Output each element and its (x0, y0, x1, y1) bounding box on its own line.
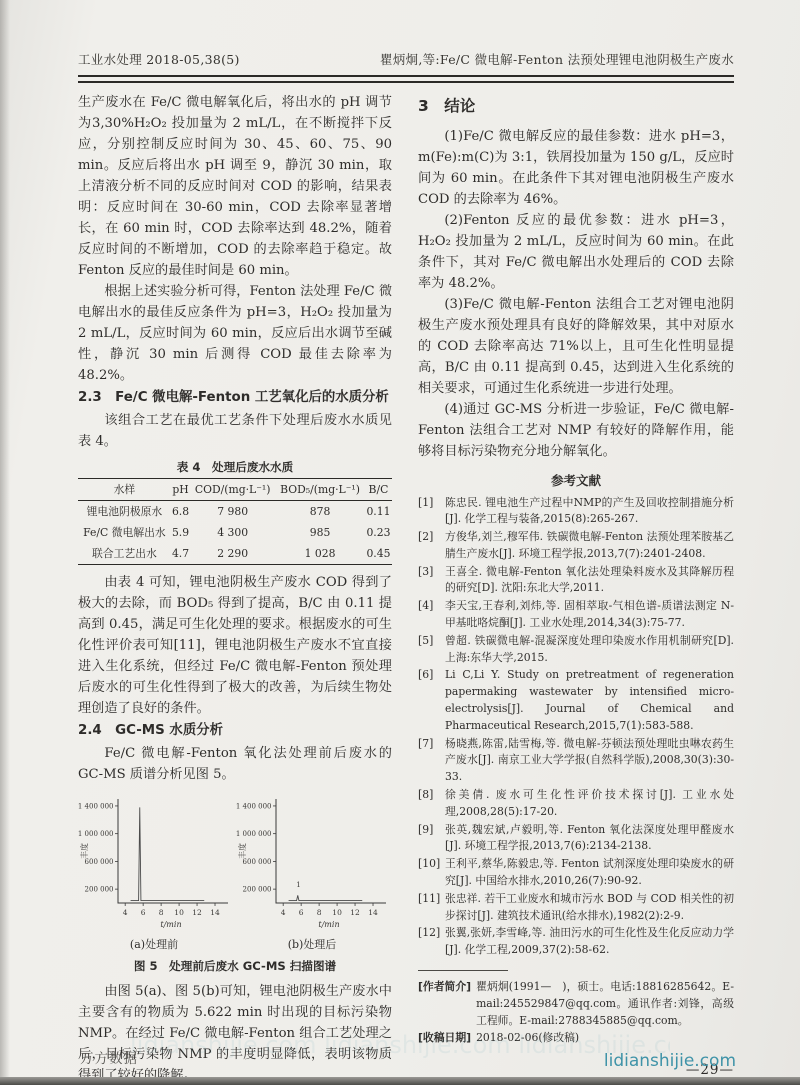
table4-header-cell: COD/(mg·L⁻¹) (190, 478, 275, 500)
svg-text:14: 14 (210, 908, 220, 917)
table-cell: 0.23 (365, 522, 392, 543)
svg-text:t/min: t/min (160, 920, 181, 929)
scan-bottom-edge (0, 1077, 800, 1085)
paragraph: 根据上述实验分析可得，Fenton 法处理 Fe/C 微电解出水的最佳反应条件为… (78, 281, 392, 386)
svg-text:1 400 000: 1 400 000 (236, 802, 272, 810)
table-cell: 1 028 (275, 543, 365, 565)
paragraph: 生产废水在 Fe/C 微电解氧化后，将出水的 pH 调节为3,30%H₂O₂ 投… (78, 92, 392, 281)
reference-item: [9]张英,魏宏斌,卢毅明,等. Fenton 氧化法深度处理甲醛废水[J]. … (418, 822, 734, 856)
svg-text:14: 14 (368, 908, 378, 917)
svg-text:1: 1 (296, 881, 300, 889)
table-cell: 4 300 (190, 522, 275, 543)
running-title: 瞿炳炯,等:Fe/C 微电解-Fenton 法预处理锂电池阴极生产废水 (380, 50, 734, 68)
table-row: 联合工艺出水4.72 2901 0280.45 (78, 543, 392, 565)
paragraph: Fe/C 微电解-Fenton 氧化法处理前后废水的 GC-MS 质谱分析见图 … (78, 743, 392, 785)
svg-text:1 400 000: 1 400 000 (78, 802, 114, 810)
svg-text:8: 8 (317, 908, 322, 917)
table-row: 锂电池阴极原水6.87 9808780.11 (78, 500, 392, 522)
table4-header-cell: 水样 (78, 478, 171, 500)
table-cell: 0.45 (365, 543, 392, 565)
paragraph: 由图 5(a)、图 5(b)可知，锂电池阴极生产废水中主要含有的物质为 5.62… (78, 981, 392, 1085)
svg-text:丰度: 丰度 (79, 843, 89, 859)
received-date-label: [收稿日期] (418, 1029, 471, 1046)
section-heading-2-3: 2.3 Fe/C 微电解-Fenton 工艺氧化后的水质分析 (78, 387, 392, 409)
svg-text:4: 4 (123, 908, 128, 917)
reference-item: [12]张翼,张妍,李雪峰,等. 油田污水的可生化性及生化反应动力学[J]. 化… (418, 925, 734, 959)
header-double-rule (78, 75, 734, 83)
svg-text:1 000 000: 1 000 000 (236, 830, 272, 838)
reference-item: [11]张忠祥. 若干工业废水和城市污水 BOD 与 COD 相关性的初步探讨[… (418, 891, 734, 925)
table-cell: Fe/C 微电解出水 (78, 522, 171, 543)
received-date-text: 2018-02-06(修改稿) (476, 1029, 734, 1046)
author-bio-label: [作者简介] (418, 978, 471, 995)
conclusion-4: (4)通过 GC-MS 分析进一步验证，Fe/C 微电解-Fenton 法组合工… (418, 399, 734, 462)
svg-text:200 000: 200 000 (243, 885, 272, 893)
scan-left-edge (0, 0, 10, 1085)
paragraph: 该组合工艺在最优工艺条件下处理后废水水质见表 4。 (78, 410, 392, 452)
reference-item: [4]李天宝,王春利,刘炜,等. 固相萃取-气相色谱-质谱法测定 N-甲基吡咯烷… (418, 598, 734, 632)
scanned-paper-page: 工业水处理 2018-05,38(5) 瞿炳炯,等:Fe/C 微电解-Fento… (0, 0, 800, 1085)
references-list: [1]陈忠民. 锂电池生产过程中NMP的产生及回收控制措施分析[J]. 化学工程… (418, 495, 734, 960)
reference-item: [8]徐美倩. 废水可生化性评价技术探讨[J]. 工业水处理,2008,28(5… (418, 787, 734, 821)
site-url: lidianshijie.com (604, 1051, 736, 1071)
svg-text:1 000 000: 1 000 000 (78, 830, 114, 838)
svg-text:12: 12 (350, 908, 360, 917)
chart-before-treatment: 200 000600 0001 000 0001 400 00046810121… (78, 791, 230, 952)
svg-text:6: 6 (299, 908, 304, 917)
gcms-chart-after: 200 000600 0001 000 0001 400 00046810121… (236, 791, 388, 931)
table-cell: 0.11 (365, 500, 392, 522)
svg-text:8: 8 (159, 908, 164, 917)
chart-after-treatment: 200 000600 0001 000 0001 400 00046810121… (236, 791, 388, 952)
gcms-chart-before: 200 000600 0001 000 0001 400 00046810121… (78, 791, 230, 931)
footnote-block: [作者简介] 瞿炳炯(1991— )，硕士。电话:18816285642。E-m… (418, 970, 734, 1046)
section-heading-2-4: 2.4 GC-MS 水质分析 (78, 720, 392, 742)
reference-item: [5]曾超. 铁碳微电解-混凝深度处理印染废水作用机制研究[D]. 上海:东华大… (418, 633, 734, 667)
reference-item: [2]方俊华,刘兰,穆军伟. 铁碳微电解-Fenton 法预处理苯胺基乙腈生产废… (418, 529, 734, 563)
table-cell: 锂电池阴极原水 (78, 500, 171, 522)
table-cell: 7 980 (190, 500, 275, 522)
running-header: 工业水处理 2018-05,38(5) 瞿炳炯,等:Fe/C 微电解-Fento… (78, 50, 734, 68)
table-cell: 985 (275, 522, 365, 543)
reference-item: [1]陈忠民. 锂电池生产过程中NMP的产生及回收控制措施分析[J]. 化学工程… (418, 495, 734, 529)
table-cell: 联合工艺出水 (78, 543, 171, 565)
right-column: 3 结论 (1)Fe/C 微电解反应的最佳参数：进水 pH=3，m(Fe):m(… (418, 92, 734, 1085)
author-bio-row: [作者简介] 瞿炳炯(1991— )，硕士。电话:18816285642。E-m… (418, 978, 734, 1029)
chart-caption-a: (a)处理前 (78, 936, 230, 952)
table4-header-cell: pH (171, 478, 190, 500)
paragraph: 由表 4 可知，锂电池阴极生产废水 COD 得到了极大的去除，而 BOD₅ 得到… (78, 572, 392, 719)
svg-text:200 000: 200 000 (85, 885, 114, 893)
table-cell: 5.9 (171, 522, 190, 543)
chart-caption-b: (b)处理后 (236, 936, 388, 952)
received-date-row: [收稿日期] 2018-02-06(修改稿) (418, 1029, 734, 1046)
section-heading-3: 3 结论 (418, 94, 734, 118)
left-column: 生产废水在 Fe/C 微电解氧化后，将出水的 pH 调节为3,30%H₂O₂ 投… (78, 92, 392, 1085)
conclusion-2: (2)Fenton 反应的最优参数：进水 pH=3，H₂O₂ 投加量为 2 mL… (418, 210, 734, 294)
table-cell: 2 290 (190, 543, 275, 565)
table4-header-cell: B/C (365, 478, 392, 500)
conclusion-3: (3)Fe/C 微电解-Fenton 法组合工艺对锂电池阴极生产废水预处理具有良… (418, 294, 734, 399)
svg-text:4: 4 (281, 908, 286, 917)
figure5-caption: 图 5 处理前后废水 GC-MS 扫描图谱 (78, 958, 392, 974)
table-cell: 4.7 (171, 543, 190, 565)
svg-text:丰度: 丰度 (237, 843, 247, 859)
svg-text:10: 10 (174, 908, 184, 917)
reference-item: [7]杨晓燕,陈雷,陆雪梅,等. 微电解-芬顿法预处理吡虫啉农药生产废水[J].… (418, 736, 734, 786)
two-column-body: 生产废水在 Fe/C 微电解氧化后，将出水的 pH 调节为3,30%H₂O₂ 投… (78, 92, 734, 1085)
conclusion-1: (1)Fe/C 微电解反应的最佳参数：进水 pH=3，m(Fe):m(C)为 3… (418, 126, 734, 210)
reference-item: [10]王利平,蔡华,陈毅忠,等. Fenton 试剂深度处理印染废水的研究[J… (418, 856, 734, 890)
svg-text:10: 10 (332, 908, 342, 917)
svg-text:12: 12 (192, 908, 202, 917)
reference-item: [6]Li C,Li Y. Study on pretreatment of r… (418, 667, 734, 734)
references-title: 参考文献 (418, 471, 734, 489)
table4-body: 锂电池阴极原水6.87 9808780.11Fe/C 微电解出水5.94 300… (78, 500, 392, 564)
footnote-separator (418, 970, 508, 971)
svg-text:t/min: t/min (318, 920, 339, 929)
table4-head-row: 水样pHCOD/(mg·L⁻¹)BOD₅/(mg·L⁻¹)B/C (78, 478, 392, 500)
table-cell: 6.8 (171, 500, 190, 522)
table4: 水样pHCOD/(mg·L⁻¹)BOD₅/(mg·L⁻¹)B/C 锂电池阴极原水… (78, 478, 392, 565)
svg-text:6: 6 (141, 908, 146, 917)
journal-issue: 工业水处理 2018-05,38(5) (78, 50, 240, 68)
author-bio-text: 瞿炳炯(1991— )，硕士。电话:18816285642。E-mail:245… (476, 978, 734, 1029)
table-cell: 878 (275, 500, 365, 522)
figure5-charts: 200 000600 0001 000 0001 400 00046810121… (78, 791, 392, 952)
reference-item: [3]王喜全. 微电解-Fenton 氧化法处理染料废水及其降解历程的研究[D]… (418, 564, 734, 598)
table4-caption: 表 4 处理后废水水质 (78, 459, 392, 475)
table4-header-cell: BOD₅/(mg·L⁻¹) (275, 478, 365, 500)
page-content: 工业水处理 2018-05,38(5) 瞿炳炯,等:Fe/C 微电解-Fento… (78, 50, 734, 1085)
wanfang-data-stamp: 万方数据 (80, 1047, 138, 1067)
table-row: Fe/C 微电解出水5.94 3009850.23 (78, 522, 392, 543)
